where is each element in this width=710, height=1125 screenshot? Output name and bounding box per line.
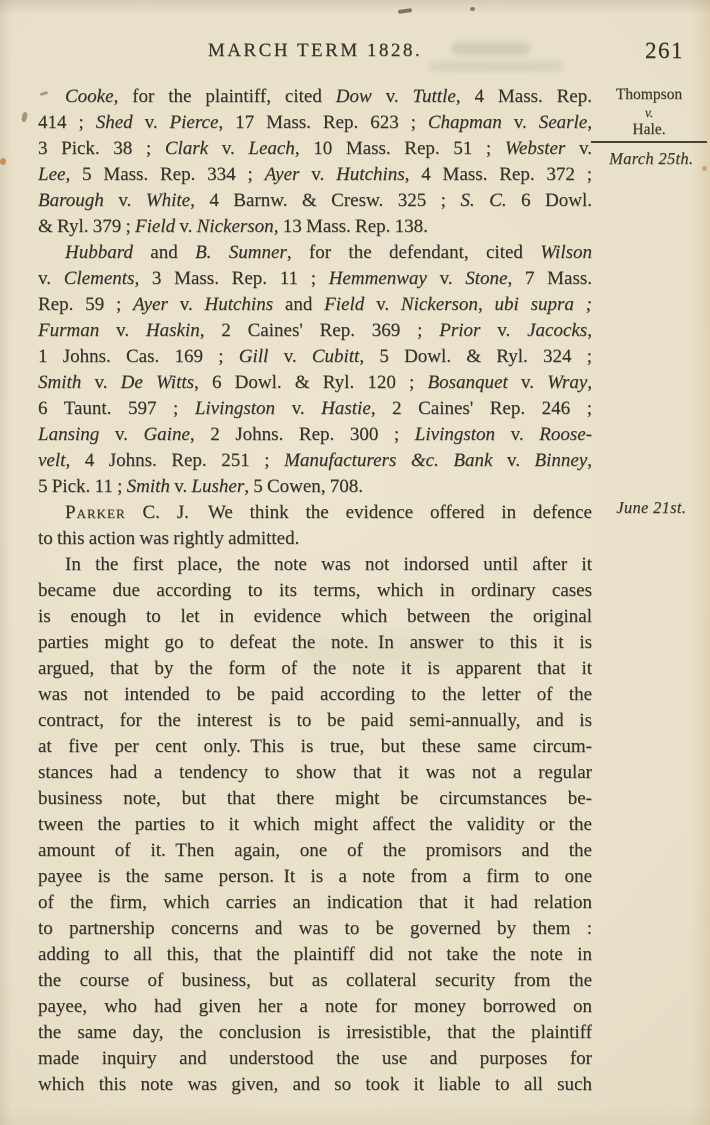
book-page: MARCH TERM 1828. 261 Thompsonv.Hale. Mar… xyxy=(0,0,710,1125)
case-citation: Furman xyxy=(38,320,99,341)
text-line: Lee, 5 Mass. Rep. 334 ; Ayer v. Hutchins… xyxy=(38,162,592,188)
case-citation: Clark xyxy=(165,138,208,159)
text-run: Rep. 59 ; xyxy=(38,294,133,315)
case-citation: Field xyxy=(324,294,364,315)
text-line: to this action was rightly admitted. xyxy=(38,526,592,552)
text-run: 3 Pick. 38 ; xyxy=(38,138,165,159)
text-line: contract, for the interest is to be paid… xyxy=(38,708,592,734)
case-citation: Gill xyxy=(239,346,269,367)
margin-case-line: Thompson xyxy=(593,86,705,104)
text-run: adding to all this, that the plaintiff d… xyxy=(38,944,592,965)
text-line: 414 ; Shed v. Pierce, 17 Mass. Rep. 623 … xyxy=(38,110,592,136)
text-run: , 4 Barnw. & Cresw. 325 ; xyxy=(190,190,460,211)
case-citation: Livingston xyxy=(195,398,275,419)
ink-speck xyxy=(21,112,28,123)
text-line: tween the parties to it which might affe… xyxy=(38,812,592,838)
text-line: to partnership concerns and was to be go… xyxy=(38,916,592,942)
text-run: v. xyxy=(364,294,401,315)
text-run: 1 Johns. Cas. 169 ; xyxy=(38,346,239,367)
text-line: In the first place, the note was not ind… xyxy=(38,552,592,578)
text-line: stances had a tendency to show that it w… xyxy=(38,760,592,786)
text-run: became due according to its terms, which… xyxy=(38,580,592,601)
text-run: , 5 Mass. Rep. 334 ; xyxy=(65,164,264,185)
text-line: 1 Johns. Cas. 169 ; Gill v. Cubitt, 5 Do… xyxy=(38,344,592,370)
margin-date-argued: March 25th. xyxy=(593,149,709,169)
text-run: v. xyxy=(208,138,248,159)
text-run: , 6 Dowl. & Ryl. 120 ; xyxy=(194,372,428,393)
text-run: , 5 Cowen, 708. xyxy=(244,476,363,497)
text-run: tween the parties to it which might affe… xyxy=(38,814,592,835)
case-citation: Wilson xyxy=(540,242,592,263)
case-citation: Hemmenway xyxy=(329,268,427,289)
ink-speck xyxy=(470,7,475,11)
case-citation: Hutchins xyxy=(205,294,274,315)
text-run: v. xyxy=(372,86,413,107)
text-run: v. xyxy=(480,320,527,341)
text-run: business note, but that there might be c… xyxy=(38,788,592,809)
text-run: v. xyxy=(133,112,170,133)
text-line: & Ryl. 379 ; Field v. Nickerson, 13 Mass… xyxy=(38,214,592,240)
text-run: v. xyxy=(99,320,146,341)
case-citation: Lansing xyxy=(38,424,99,445)
text-line: the course of business, but as collatera… xyxy=(38,968,592,994)
text-run: v. xyxy=(492,450,534,471)
text-run: to this action was rightly admitted. xyxy=(38,528,299,549)
running-header: MARCH TERM 1828. xyxy=(38,40,592,62)
text-run: v. xyxy=(81,372,120,393)
text-line: 6 Taunt. 597 ; Livingston v. Hastie, 2 C… xyxy=(38,396,592,422)
text-line: of the firm, which carries an indication… xyxy=(38,890,592,916)
margin-case-line: v. xyxy=(593,104,705,122)
text-run: v. xyxy=(502,112,539,133)
text-line: at five per cent only. This is true, but… xyxy=(38,734,592,760)
page-title: MARCH TERM 1828. xyxy=(208,40,422,61)
text-run: , 2 Caines' Rep. 369 ; xyxy=(200,320,439,341)
opinion-text: Cooke, for the plaintiff, cited Dow v. T… xyxy=(38,84,592,1098)
text-line: Barough v. White, 4 Barnw. & Cresw. 325 … xyxy=(38,188,592,214)
text-line: Cooke, for the plaintiff, cited Dow v. T… xyxy=(38,84,592,110)
text-run: the same day, the conclusion is irresist… xyxy=(38,1022,592,1043)
margin-date-decided: June 21st. xyxy=(593,498,709,518)
case-citation: Hubbard xyxy=(65,242,133,263)
text-run: , 10 Mass. Rep. 51 ; xyxy=(295,138,505,159)
text-line: Parker C. J. We think the evidence offer… xyxy=(38,500,592,526)
text-line: is enough to let in evidence which betwe… xyxy=(38,604,592,630)
text-run: v. xyxy=(268,346,312,367)
text-line: was not intended to be paid according to… xyxy=(38,682,592,708)
text-run: v. xyxy=(299,164,336,185)
text-run: v. xyxy=(427,268,465,289)
text-run: , xyxy=(587,372,592,393)
text-line: velt, 4 Johns. Rep. 251 ; Manufacturers … xyxy=(38,448,592,474)
text-line: became due according to its terms, which… xyxy=(38,578,592,604)
case-citation: Binney xyxy=(534,450,587,471)
case-citation: Chapman xyxy=(428,112,502,133)
text-run: , 2 Johns. Rep. 300 ; xyxy=(190,424,415,445)
case-citation: White xyxy=(146,190,190,211)
case-citation: Hutchins xyxy=(336,164,405,185)
case-citation: Livingston xyxy=(415,424,495,445)
text-run: the course of business, but as collatera… xyxy=(38,970,592,991)
text-line: Lansing v. Gaine, 2 Johns. Rep. 300 ; Li… xyxy=(38,422,592,448)
case-citation: ubi supra ; xyxy=(495,294,593,315)
text-run: , for the plaintiff, cited xyxy=(114,86,336,107)
text-line: which this note was given, and so took i… xyxy=(38,1072,592,1098)
text-line: parties might go to defeat the note. In … xyxy=(38,630,592,656)
text-run: , xyxy=(587,320,592,341)
text-line: payee is the same person. It is a note f… xyxy=(38,864,592,890)
case-citation: Jacocks xyxy=(527,320,587,341)
text-run: , 3 Mass. Rep. 11 ; xyxy=(134,268,328,289)
text-line: amount of it. Then again, one of the pro… xyxy=(38,838,592,864)
ink-speck xyxy=(398,8,412,14)
text-line: v. Clements, 3 Mass. Rep. 11 ; Hemmenway… xyxy=(38,266,592,292)
text-run: payee, who had given her a note for mone… xyxy=(38,996,592,1017)
text-run: made inquiry and understood the use and … xyxy=(38,1048,592,1069)
text-line: adding to all this, that the plaintiff d… xyxy=(38,942,592,968)
case-citation: Cooke xyxy=(65,86,114,107)
text-run: , 2 Caines' Rep. 246 ; xyxy=(371,398,592,419)
margin-case-line: Hale. xyxy=(593,121,705,139)
text-run: , 13 Mass. Rep. 138. xyxy=(274,216,428,237)
text-run: to partnership concerns and was to be go… xyxy=(38,918,592,939)
case-citation: Smith xyxy=(127,476,170,497)
case-citation: Barough xyxy=(38,190,104,211)
text-run: and xyxy=(273,294,324,315)
case-citation: Stone xyxy=(465,268,507,289)
text-line: Smith v. De Witts, 6 Dowl. & Ryl. 120 ; … xyxy=(38,370,592,396)
text-run: which this note was given, and so took i… xyxy=(38,1074,592,1095)
case-citation: Hastie xyxy=(321,398,371,419)
bleedthrough-smudge xyxy=(430,61,562,72)
case-citation: Ayer xyxy=(265,164,300,185)
case-citation: Roose- xyxy=(539,424,592,445)
text-line: Rep. 59 ; Ayer v. Hutchins and Field v. … xyxy=(38,292,592,318)
text-run: , xyxy=(587,450,592,471)
text-line: the same day, the conclusion is irresist… xyxy=(38,1020,592,1046)
text-line: Hubbard and B. Sumner, for the defendant… xyxy=(38,240,592,266)
case-citation: Shed xyxy=(96,112,133,133)
case-citation: Webster xyxy=(505,138,566,159)
text-run: payee is the same person. It is a note f… xyxy=(38,866,592,887)
margin-case-name: Thompsonv.Hale. xyxy=(593,86,705,139)
text-run: is enough to let in evidence which betwe… xyxy=(38,606,592,627)
case-citation: Gaine xyxy=(143,424,189,445)
text-run: v. xyxy=(168,294,205,315)
margin-notes: Thompsonv.Hale. March 25th. June 21st. xyxy=(593,0,705,1125)
text-run: v. xyxy=(38,268,64,289)
text-run: v. xyxy=(495,424,539,445)
case-citation: Ayer xyxy=(133,294,168,315)
text-run: 6 Taunt. 597 ; xyxy=(38,398,195,419)
text-run: , 5 Dowl. & Ryl. 324 ; xyxy=(359,346,592,367)
text-run: v. xyxy=(175,216,197,237)
text-run: v. xyxy=(565,138,592,159)
case-citation: Leach xyxy=(248,138,294,159)
text-run: , 7 Mass. xyxy=(507,268,592,289)
case-citation: Smith xyxy=(38,372,81,393)
case-citation: Clements xyxy=(64,268,135,289)
text-run: 414 ; xyxy=(38,112,96,133)
text-run: , for the defendant, cited xyxy=(287,242,540,263)
text-run: of the firm, which carries an indication… xyxy=(38,892,592,913)
case-citation: Nickerson xyxy=(401,294,478,315)
text-run: v. xyxy=(275,398,321,419)
ink-speck xyxy=(0,158,6,165)
text-run: was not intended to be paid according to… xyxy=(38,684,592,705)
text-run: , 17 Mass. Rep. 623 ; xyxy=(218,112,427,133)
text-run: , xyxy=(478,294,495,315)
text-line: 3 Pick. 38 ; Clark v. Leach, 10 Mass. Re… xyxy=(38,136,592,162)
text-run: and xyxy=(133,242,195,263)
text-run: v. xyxy=(508,372,547,393)
text-run: v. xyxy=(104,190,146,211)
text-run: , xyxy=(587,112,592,133)
text-run: , 4 Johns. Rep. 251 ; xyxy=(65,450,284,471)
text-run: amount of it. Then again, one of the pro… xyxy=(38,840,592,861)
case-citation: Tuttle xyxy=(413,86,456,107)
text-run: 5 Pick. 11 ; xyxy=(38,476,127,497)
case-citation: Searle xyxy=(539,112,588,133)
judge-name: Parker xyxy=(65,502,126,523)
text-line: Furman v. Haskin, 2 Caines' Rep. 369 ; P… xyxy=(38,318,592,344)
text-line: payee, who had given her a note for mone… xyxy=(38,994,592,1020)
text-run: & Ryl. 379 ; xyxy=(38,216,135,237)
text-run: C. J. We think the evidence offered in d… xyxy=(126,502,592,523)
case-citation: Manufacturers &c. Bank xyxy=(284,450,492,471)
case-citation: Haskin xyxy=(146,320,200,341)
text-run: v. xyxy=(170,476,192,497)
text-run: v. xyxy=(99,424,143,445)
case-citation: Bosanquet xyxy=(428,372,508,393)
text-line: argued, that by the form of the note it … xyxy=(38,656,592,682)
case-citation: Cubitt xyxy=(312,346,360,367)
text-run: parties might go to defeat the note. In … xyxy=(38,632,592,653)
text-run: at five per cent only. This is true, but… xyxy=(38,736,592,757)
case-citation: Lusher xyxy=(191,476,244,497)
text-run: argued, that by the form of the note it … xyxy=(38,658,592,679)
text-line: made inquiry and understood the use and … xyxy=(38,1046,592,1072)
case-citation: Prior xyxy=(439,320,480,341)
case-citation: Pierce xyxy=(170,112,219,133)
case-citation: Dow xyxy=(336,86,372,107)
case-citation: S. C. xyxy=(460,190,506,211)
text-run: contract, for the interest is to be paid… xyxy=(38,710,592,731)
text-run: stances had a tendency to show that it w… xyxy=(38,762,592,783)
case-citation: B. Sumner xyxy=(195,242,287,263)
text-run: 6 Dowl. xyxy=(507,190,592,211)
margin-rule xyxy=(591,141,707,143)
case-citation: velt xyxy=(38,450,65,471)
case-citation: Field xyxy=(135,216,175,237)
case-citation: Wray xyxy=(547,372,587,393)
text-line: business note, but that there might be c… xyxy=(38,786,592,812)
text-line: 5 Pick. 11 ; Smith v. Lusher, 5 Cowen, 7… xyxy=(38,474,592,500)
text-run: , 4 Mass. Rep. xyxy=(456,86,592,107)
case-citation: Lee xyxy=(38,164,65,185)
text-run: In the first place, the note was not ind… xyxy=(65,554,592,575)
text-run: , 4 Mass. Rep. 372 ; xyxy=(405,164,592,185)
case-citation: Nickerson xyxy=(197,216,274,237)
case-citation: De Witts xyxy=(121,372,194,393)
